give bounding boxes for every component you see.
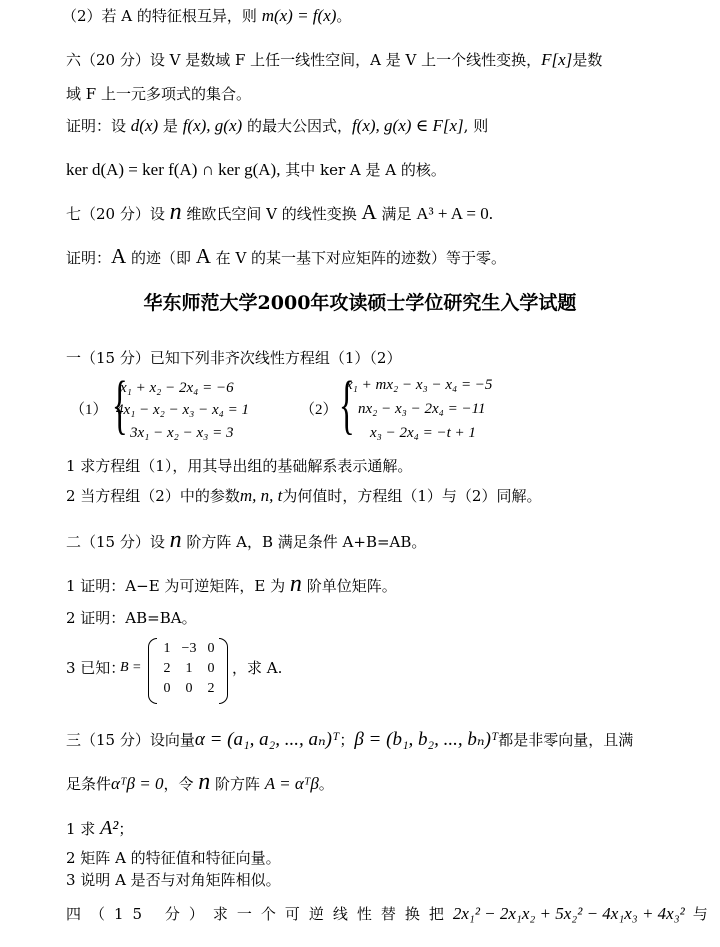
matrix-cell: 1 [156, 639, 178, 659]
problem-1-item-2: 2 当方程组（2）中的参数m, n, t为何值时，方程组（1）与（2）同解。 [66, 486, 541, 506]
variable-n: n [198, 769, 210, 795]
problem-4-header: 四（15 分）求一个可逆线性替换把2x₁² − 2x₁x₂ + 5x₂² − 4… [66, 904, 708, 924]
problem-3-item-2: 2 矩阵 A 的特征值和特征向量。 [66, 848, 281, 868]
text: 与 [693, 905, 708, 923]
text: 为何值时，方程组（1）与（2）同解。 [282, 487, 541, 505]
formula: m, n, t [240, 486, 283, 505]
formula: m(x) = f(x) [262, 6, 337, 25]
text: 都是非零向量，且满 [498, 731, 633, 749]
formula: d(x) [131, 116, 158, 135]
formula: αᵀβ = 0 [111, 774, 163, 793]
text: 维欧氏空间 V 的线性变换 [182, 205, 362, 223]
matrix-B: 1−30 210 002 [148, 638, 228, 702]
text: ； [339, 731, 354, 749]
text: 1 求 [66, 820, 100, 838]
problem-3-item-1: 1 求 A²； [66, 818, 133, 839]
text: 阶方阵 A，B 满足条件 A+B=AB。 [182, 533, 427, 551]
problem-2-header: 二（15 分）设 n 阶方阵 A，B 满足条件 A+B=AB。 [66, 530, 426, 552]
formula: A = αᵀβ [265, 774, 319, 793]
text: 的迹（即 [126, 249, 196, 267]
text: 3 已知： [66, 659, 125, 677]
variable-A: A [111, 244, 126, 268]
text: 1 证明：A−E 为可逆矩阵，E 为 [66, 577, 290, 595]
variable-n: n [290, 571, 302, 597]
variable-n: n [170, 527, 182, 553]
question-6-line-2: 域 F 上一元多项式的集合。 [66, 84, 251, 104]
question-6-proof: 证明：设 d(x) 是 f(x), g(x) 的最大公因式，f(x), g(x)… [66, 116, 488, 136]
text: （2）若 A 的特征根互异，则 [62, 7, 262, 25]
text: 证明：设 [66, 117, 131, 135]
text: ； [118, 820, 133, 838]
text: 是 [158, 117, 183, 135]
matrix-cell: −3 [178, 639, 200, 659]
system-2-eq-1: x₁ + mx₂ − x₃ − x₄ = −5 [346, 377, 492, 394]
formula: α = (a₁, a₂, ..., aₙ)ᵀ [195, 729, 339, 750]
text: 六（20 分）设 V 是数域 F 上任一线性空间，A 是 V 上一个线性变换， [66, 51, 541, 69]
right-paren-icon [219, 638, 228, 704]
question-6-kernel: ker d(A) = ker f(A) ∩ ker g(A), 其中 ker A… [66, 160, 446, 180]
matrix-label: B = [120, 660, 142, 676]
text: ，令 [163, 775, 198, 793]
variable-A: A [196, 244, 211, 268]
problem-3-item-3: 3 说明 A 是否与对角矩阵相似。 [66, 870, 281, 890]
matrix-entries: 1−30 210 002 [156, 639, 222, 699]
formula: F[x] [541, 50, 572, 69]
text: , 则 [464, 117, 489, 135]
text: 证明： [66, 249, 111, 267]
problem-2-item-3: 3 已知： [66, 658, 125, 678]
system-1-eq-3: 3x₁ − x₂ − x₃ = 3 [130, 425, 233, 442]
formula: A³ + A = 0. [416, 204, 493, 223]
text: 其中 ker A 是 A 的核。 [280, 161, 445, 179]
matrix-cell: 0 [178, 679, 200, 699]
matrix-cell: 2 [156, 659, 178, 679]
system-2-eq-2: nx₂ − x₃ − 2x₄ = −11 [358, 401, 486, 418]
formula: ker d(A) = ker f(A) ∩ ker g(A), [66, 160, 280, 179]
question-7: 七（20 分）设 n 维欧氏空间 V 的线性变换 A 满足 A³ + A = 0… [66, 202, 493, 224]
text: 是数 [572, 51, 602, 69]
prev-item-2: （2）若 A 的特征根互异，则 m(x) = f(x)。 [62, 6, 351, 26]
text: 足条件 [66, 775, 111, 793]
formula: β = (b₁, b₂, ..., bₙ)ᵀ [354, 729, 498, 750]
text: 阶单位矩阵。 [302, 577, 397, 595]
question-7-proof: 证明：A 的迹（即 A 在 V 的某一基下对应矩阵的迹数）等于零。 [66, 246, 506, 268]
problem-3-header: 三（15 分）设向量α = (a₁, a₂, ..., aₙ)ᵀ；β = (b₁… [66, 730, 633, 750]
text: 二（15 分）设 [66, 533, 170, 551]
problem-1-header: 一（15 分）已知下列非齐次线性方程组（1）（2） [66, 348, 401, 368]
variable-n: n [170, 199, 182, 225]
question-6-line-1: 六（20 分）设 V 是数域 F 上任一线性空间，A 是 V 上一个线性变换，F… [66, 50, 602, 70]
problem-2-item-1: 1 证明：A−E 为可逆矩阵，E 为 n 阶单位矩阵。 [66, 574, 397, 596]
problem-2-item-2: 2 证明：AB=BA。 [66, 608, 197, 628]
text: 四（15 分）求一个可逆线性替换把 [66, 905, 453, 923]
text: 。 [336, 7, 351, 25]
formula: f(x), g(x) [183, 116, 242, 135]
matrix-cell: 1 [178, 659, 200, 679]
text: 在 V 的某一基下对应矩阵的迹数）等于零。 [211, 249, 506, 267]
text: 。 [319, 775, 334, 793]
text: 七（20 分）设 [66, 205, 170, 223]
text: 三（15 分）设向量 [66, 731, 195, 749]
text: 满足 [377, 205, 417, 223]
text: 的最大公因式， [242, 117, 352, 135]
formula: 2x₁² − 2x₁x₂ + 5x₂² − 4x₁x₃ + 4x₃² [453, 904, 685, 923]
problem-1-item-1: 1 求方程组（1），用其导出组的基础解系表示通解。 [66, 456, 412, 476]
matrix-cell: 0 [156, 679, 178, 699]
formula: f(x), g(x) ∈ F[x] [352, 116, 464, 135]
system-2-eq-3: x₃ − 2x₄ = −t + 1 [370, 425, 476, 442]
variable-A: A [362, 200, 377, 224]
system-1-label: （1） [70, 398, 108, 419]
formula: A² [100, 817, 118, 839]
text: 2 当方程组（2）中的参数 [66, 487, 240, 505]
problem-2-item-3-suffix: ，求 A. [232, 658, 282, 678]
exam-title: 华东师范大学2000年攻读硕士学位研究生入学试题 [0, 288, 720, 315]
system-1-eq-1: x₁ + x₂ − 2x₄ = −6 [120, 380, 234, 397]
problem-3-line-2: 足条件αᵀβ = 0，令 n 阶方阵 A = αᵀβ。 [66, 772, 334, 794]
system-2-label: （2） [300, 398, 338, 419]
system-1-eq-2: 4x₁ − x₂ − x₃ − x₄ = 1 [116, 402, 249, 419]
text: 阶方阵 [210, 775, 265, 793]
